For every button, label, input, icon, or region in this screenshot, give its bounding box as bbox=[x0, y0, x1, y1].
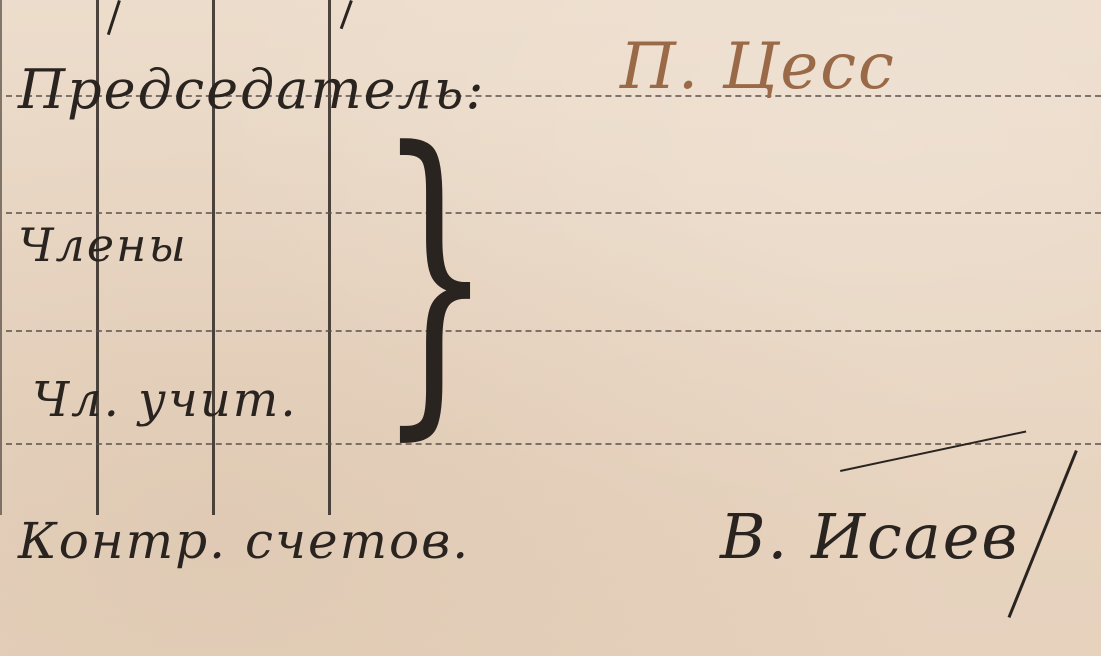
entry-label-auditor: Контр. счетов. bbox=[18, 512, 470, 570]
entry-label-member-teacher: Чл. учит. bbox=[32, 372, 298, 428]
column-rule-0 bbox=[0, 0, 2, 515]
dotted-rule-4 bbox=[6, 443, 1101, 445]
signature-chairman: П. Цесс bbox=[620, 30, 896, 104]
entry-label-members: Члены bbox=[18, 218, 188, 272]
dotted-rule-2 bbox=[6, 212, 1101, 214]
grouping-brace: } bbox=[377, 110, 492, 440]
dotted-rule-3 bbox=[6, 330, 1101, 332]
signature-auditor: В. Исаев bbox=[720, 500, 1020, 573]
